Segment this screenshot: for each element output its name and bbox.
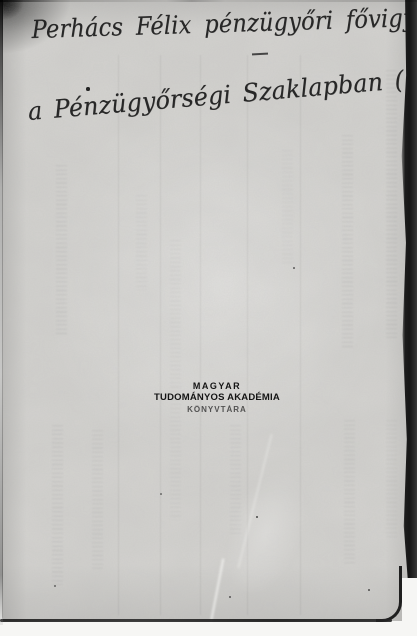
paper-fold-line (200, 55, 201, 615)
handwritten-owner-note: Perhács Félix pénzügyőri fővigyázó (31, 1, 417, 47)
stamp-line-2: TUDOMÁNYOS AKADÉMIA (154, 392, 280, 403)
scan-edge-top (0, 0, 417, 2)
paper-speck (256, 516, 258, 518)
paper-crease-highlight (210, 460, 322, 607)
paper-speck (293, 267, 295, 269)
page-corner-curve (376, 566, 402, 622)
paper-fold-line (160, 55, 161, 615)
stamp-line-1: MAGYAR (154, 381, 280, 391)
show-through-column (52, 425, 63, 585)
paper-fold-line (118, 55, 119, 615)
page-bottom-edge (0, 619, 392, 622)
show-through-column (56, 165, 67, 335)
show-through-column (92, 430, 103, 570)
show-through-column (342, 135, 353, 350)
show-through-column (386, 420, 397, 540)
paper-speck (160, 493, 162, 495)
paper-speck (54, 585, 56, 587)
pencil-dash (252, 53, 268, 56)
paper-speck (368, 589, 370, 591)
show-through-column (386, 70, 397, 340)
stamp-line-3: KÖNYVTÁRA (154, 405, 280, 414)
library-stamp: MAGYAR TUDOMÁNYOS AKADÉMIA KÖNYVTÁRA (154, 381, 280, 414)
book-page: Perhács Félix pénzügyőri fővigyázó a Pén… (2, 0, 410, 621)
scan-edge-left (0, 0, 3, 625)
scanned-book-page: Perhács Félix pénzügyőri fővigyázó a Pén… (0, 0, 417, 636)
show-through-column (136, 195, 147, 290)
show-through-column (344, 420, 355, 565)
handwritten-source-note: a Pénzügyőrségi Szaklapban (1918 (27, 59, 417, 128)
show-through-column (282, 150, 293, 265)
paper-speck (229, 596, 231, 598)
show-through-column (170, 240, 181, 520)
scan-background-corner (402, 578, 417, 636)
